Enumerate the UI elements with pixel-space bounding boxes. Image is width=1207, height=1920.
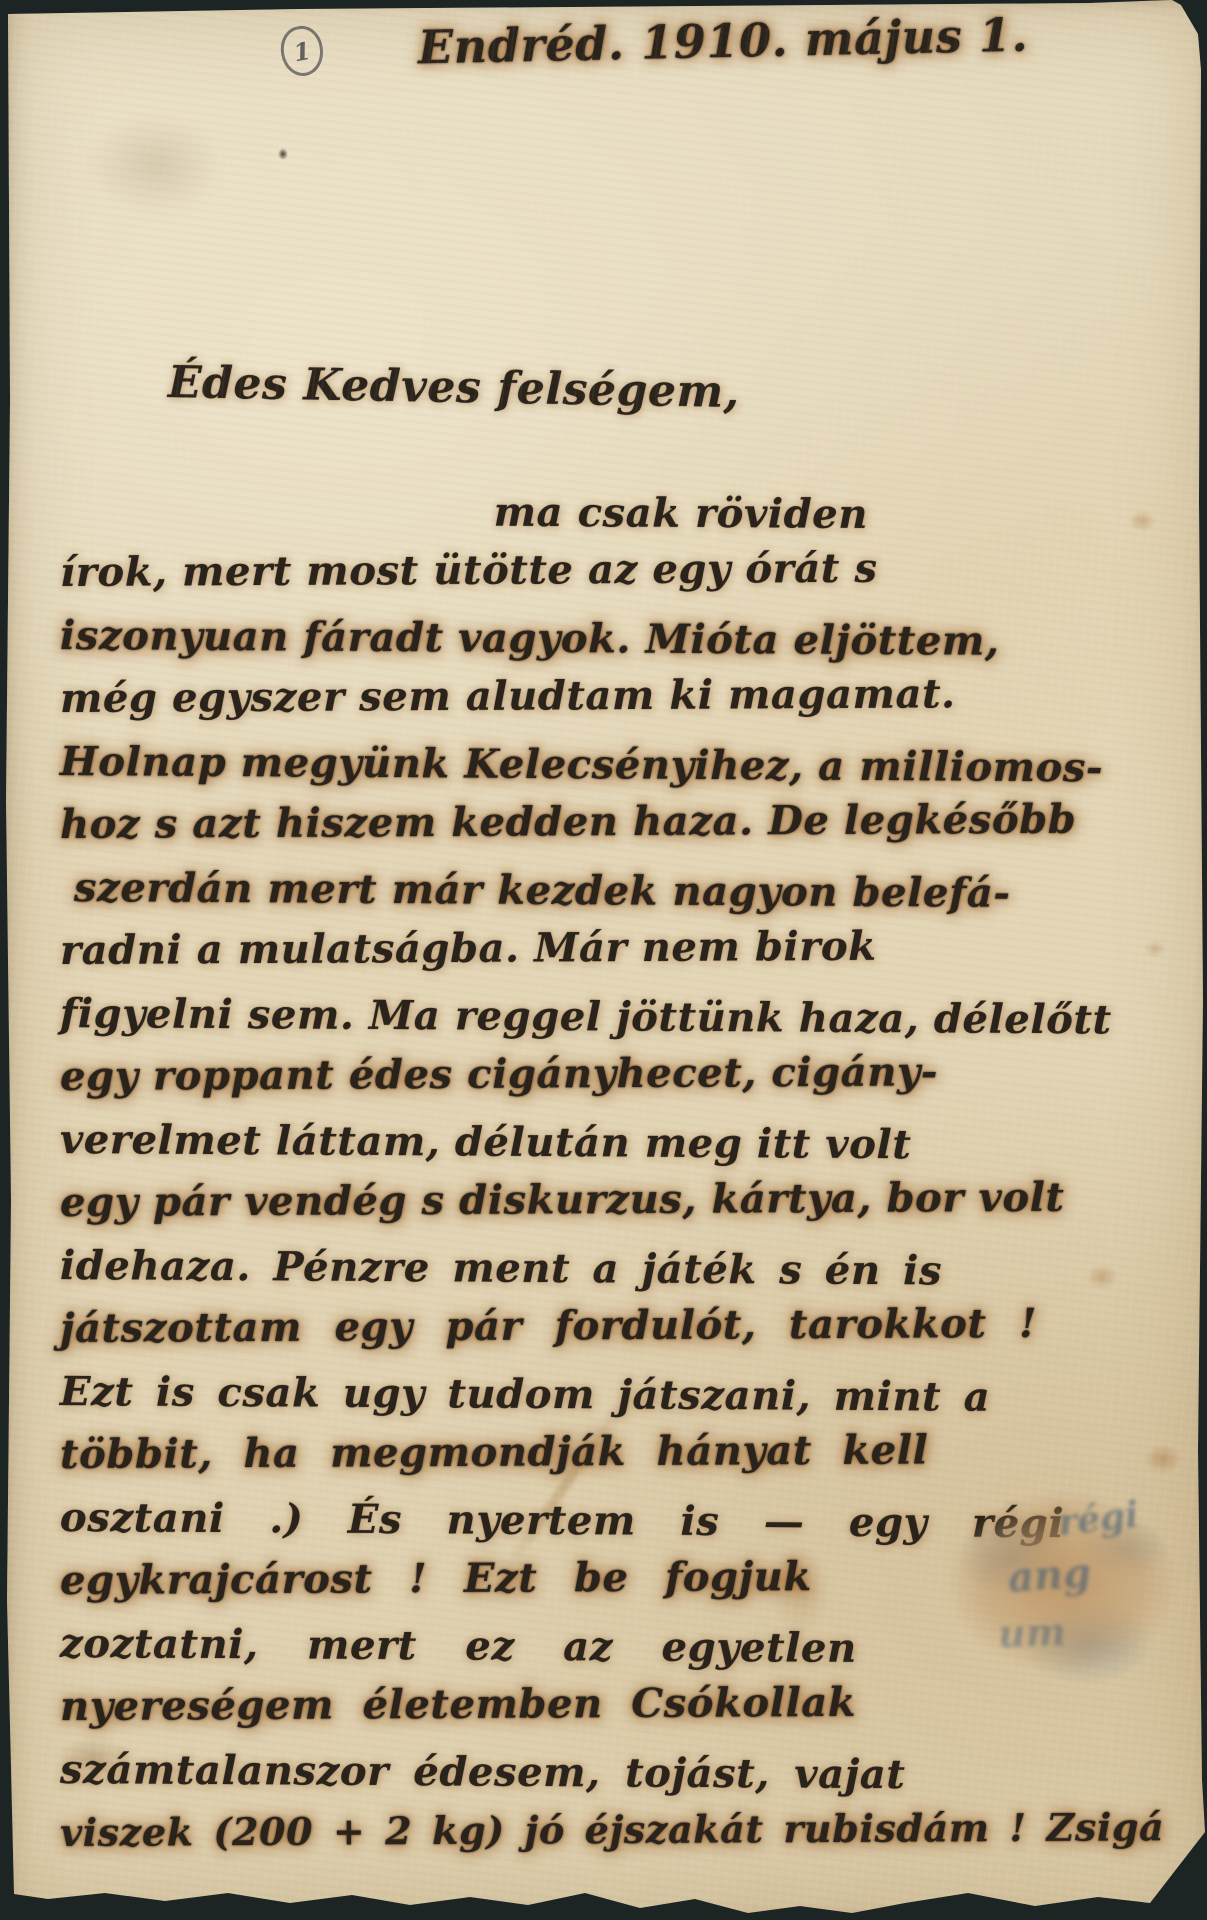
letter-line: egy roppant édes cigányhecet, cigány- <box>60 1039 1168 1108</box>
washed-out-text: ang <box>1006 1549 1092 1602</box>
salutation: Édes Kedves felségem, <box>168 357 741 418</box>
letter-line: egy pár vendég s diskurzus, kártya, bor … <box>60 1165 1168 1234</box>
letter-line: játszottam egy pár fordulót, tarokkot ! <box>60 1291 1168 1360</box>
dateline: Endréd. 1910. május 1. <box>418 8 1029 75</box>
washed-out-text: régi <box>1056 1494 1141 1544</box>
letter-page: 1 Endréd. 1910. május 1. Édes Kedves fel… <box>0 0 1207 1920</box>
smudge <box>88 116 222 214</box>
letter-line: radni a mulatságba. Már nem birok <box>60 913 1168 982</box>
letter-line: még egyszer sem aludtam ki magamat. <box>60 661 1168 730</box>
scan-background: 1 Endréd. 1910. május 1. Édes Kedves fel… <box>0 0 1207 1920</box>
ink-fleck <box>278 148 288 160</box>
letter-line: írok, mert most ütötte az egy órát s <box>60 535 1168 604</box>
letter-line: többit, ha megmondják hányat kell <box>60 1417 1168 1486</box>
page-number-badge: 1 <box>277 23 327 80</box>
letter-line: hoz s azt hiszem kedden haza. De legkéső… <box>60 787 1168 856</box>
water-ink-stain: régi ang um <box>938 1490 1178 1690</box>
washed-out-text: um <box>997 1609 1066 1656</box>
letter-line: viszek (200 + 2 kg) jó éjszakát rubisdám… <box>60 1795 1168 1864</box>
